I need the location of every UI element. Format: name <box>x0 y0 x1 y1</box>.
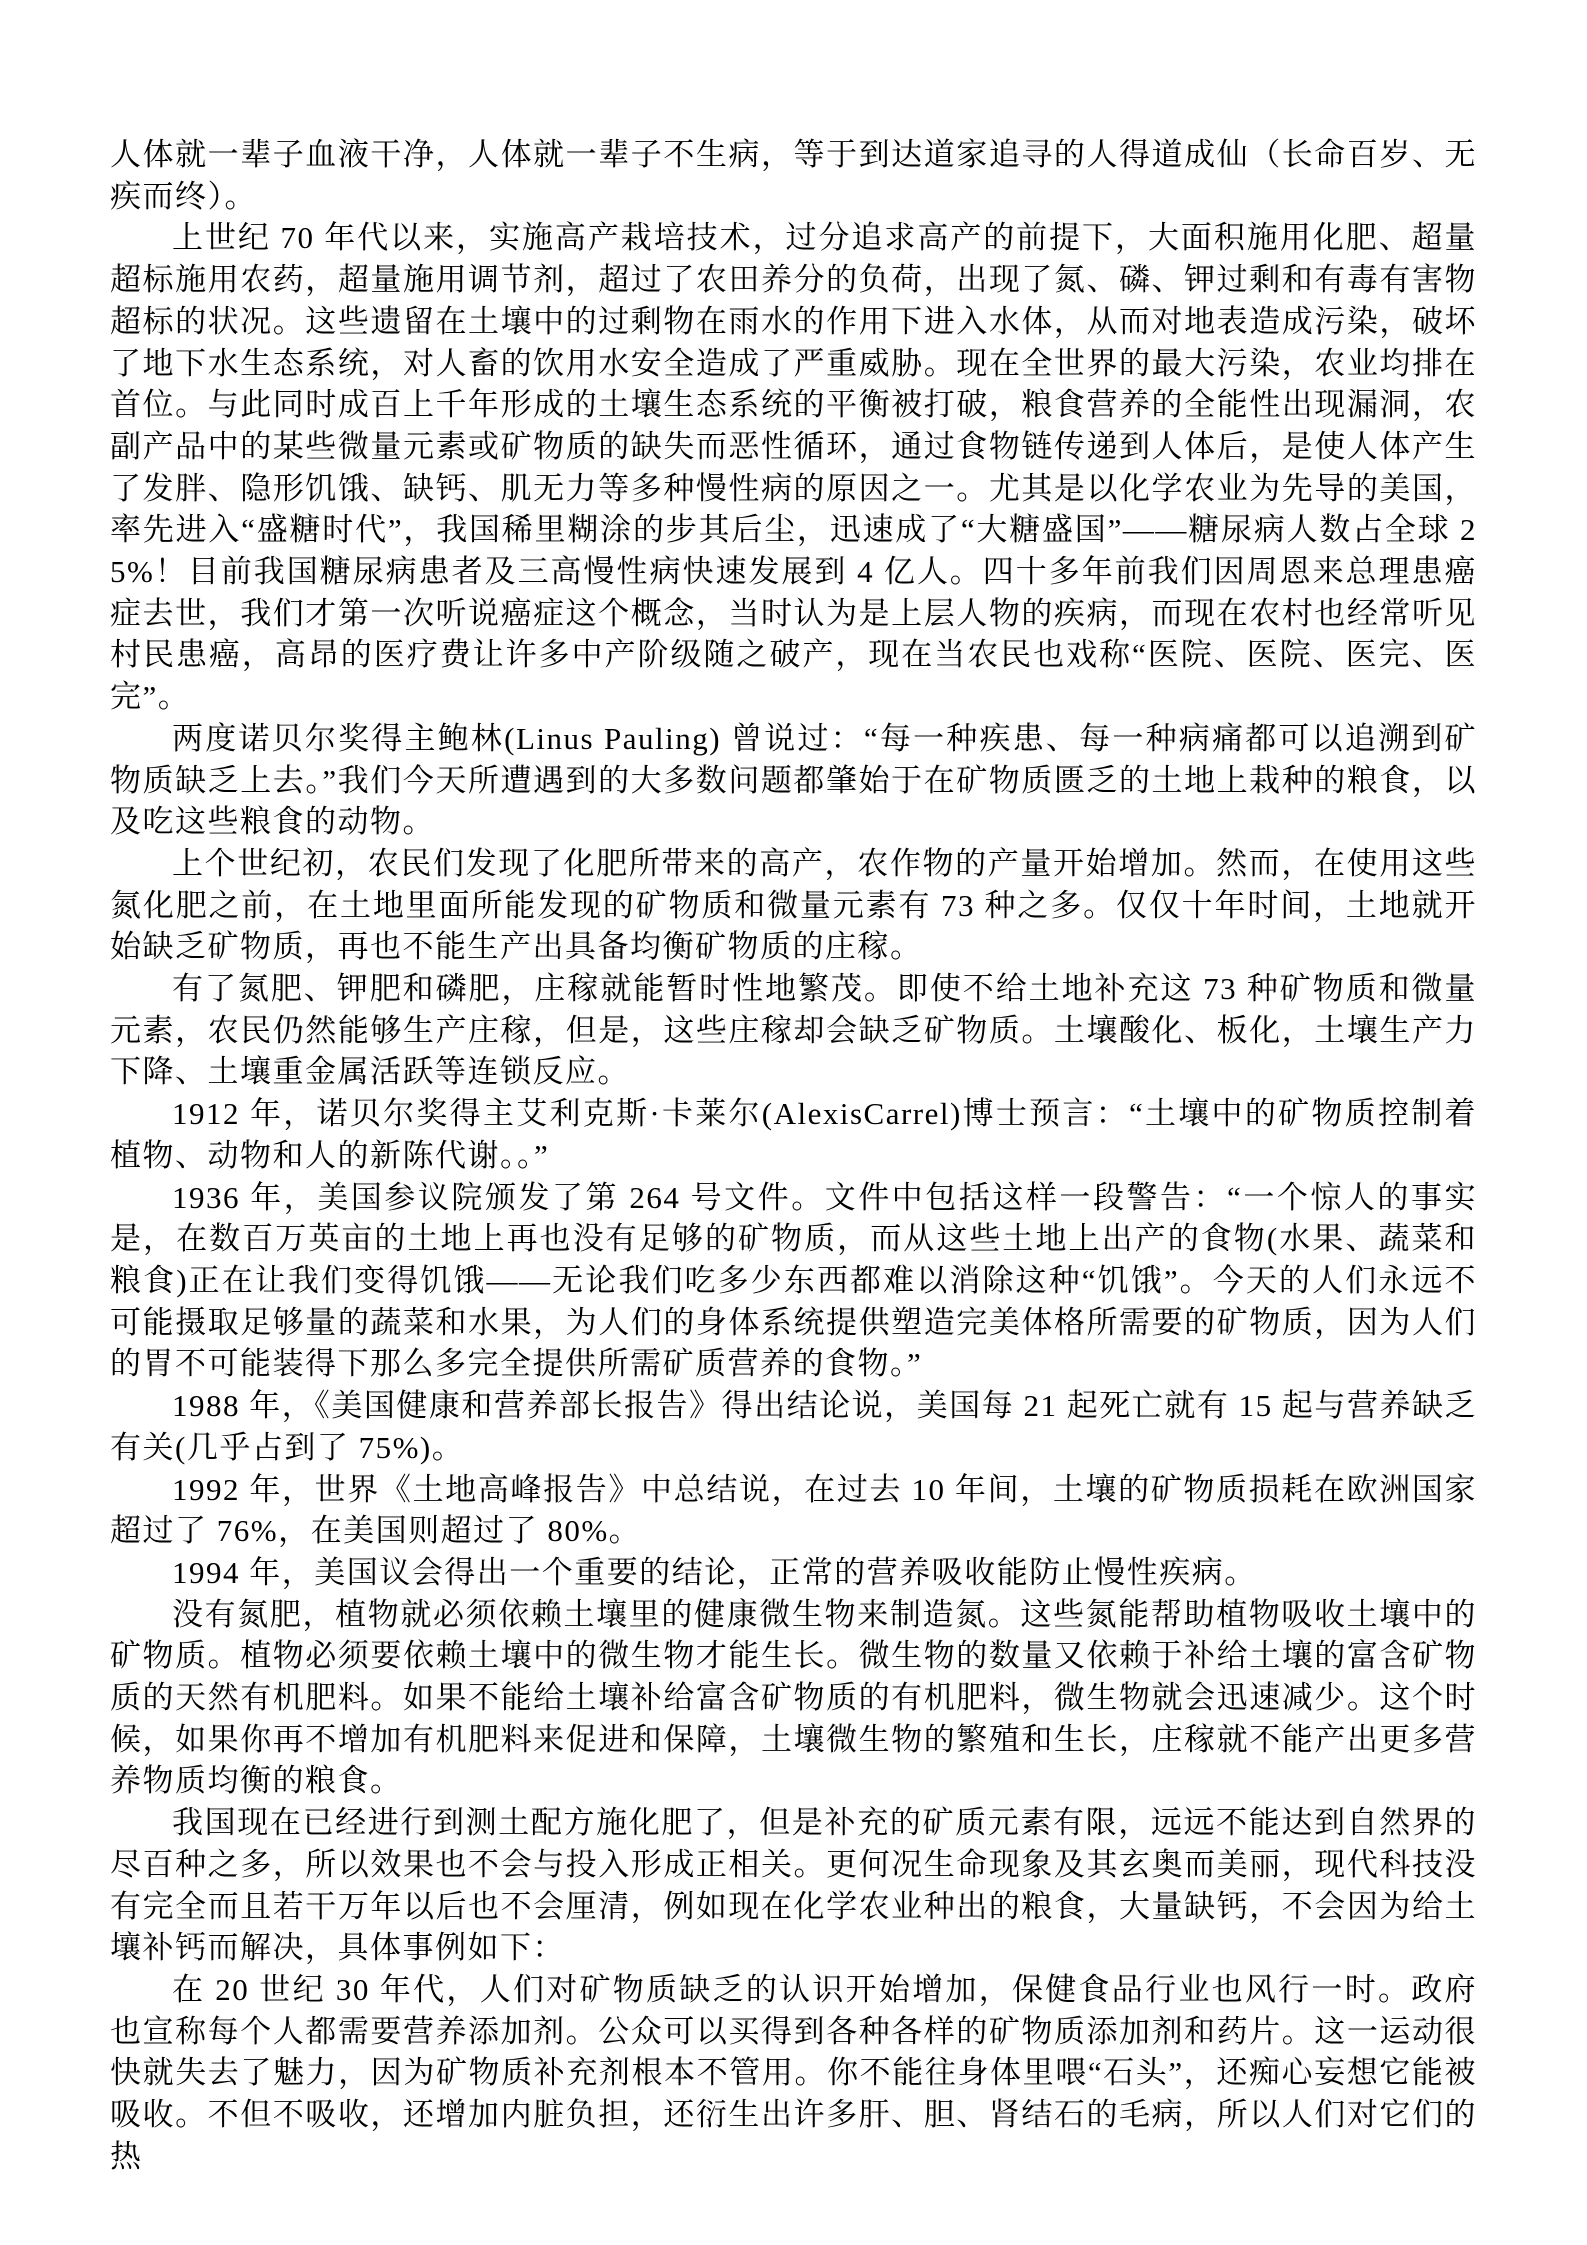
paragraph-10: 1994 年，美国议会得出一个重要的结论，正常的营养吸收能防止慢性疾病。 <box>110 1552 1477 1594</box>
paragraph-2: 上世纪 70 年代以来，实施高产栽培技术，过分追求高产的前提下，大面积施用化肥、… <box>110 217 1477 717</box>
paragraph-7: 1936 年，美国参议院颁发了第 264 号文件。文件中包括这样一段警告：“一个… <box>110 1177 1477 1386</box>
paragraph-1: 人体就一辈子血液干净，人体就一辈子不生病，等于到达道家追寻的人得道成仙（长命百岁… <box>110 134 1477 217</box>
paragraph-13: 在 20 世纪 30 年代，人们对矿物质缺乏的认识开始增加，保健食品行业也风行一… <box>110 1969 1477 2178</box>
paragraph-5: 有了氮肥、钾肥和磷肥，庄稼就能暂时性地繁茂。即使不给土地补充这 73 种矿物质和… <box>110 968 1477 1093</box>
paragraph-9: 1992 年，世界《土地高峰报告》中总结说，在过去 10 年间，土壤的矿物质损耗… <box>110 1469 1477 1552</box>
document-page: 人体就一辈子血液干净，人体就一辈子不生病，等于到达道家追寻的人得道成仙（长命百岁… <box>0 0 1587 2245</box>
paragraph-6: 1912 年，诺贝尔奖得主艾利克斯·卡莱尔(AlexisCarrel)博士预言：… <box>110 1093 1477 1176</box>
paragraph-3: 两度诺贝尔奖得主鲍林(Linus Pauling) 曾说过：“每一种疾患、每一种… <box>110 718 1477 843</box>
paragraph-12: 我国现在已经进行到测土配方施化肥了，但是补充的矿质元素有限，远远不能达到自然界的… <box>110 1802 1477 1969</box>
paragraph-4: 上个世纪初，农民们发现了化肥所带来的高产，农作物的产量开始增加。然而，在使用这些… <box>110 843 1477 968</box>
document-body: 人体就一辈子血液干净，人体就一辈子不生病，等于到达道家追寻的人得道成仙（长命百岁… <box>110 134 1477 2177</box>
paragraph-8: 1988 年，《美国健康和营养部长报告》得出结论说，美国每 21 起死亡就有 1… <box>110 1385 1477 1468</box>
paragraph-11: 没有氮肥，植物就必须依赖土壤里的健康微生物来制造氮。这些氮能帮助植物吸收土壤中的… <box>110 1594 1477 1803</box>
